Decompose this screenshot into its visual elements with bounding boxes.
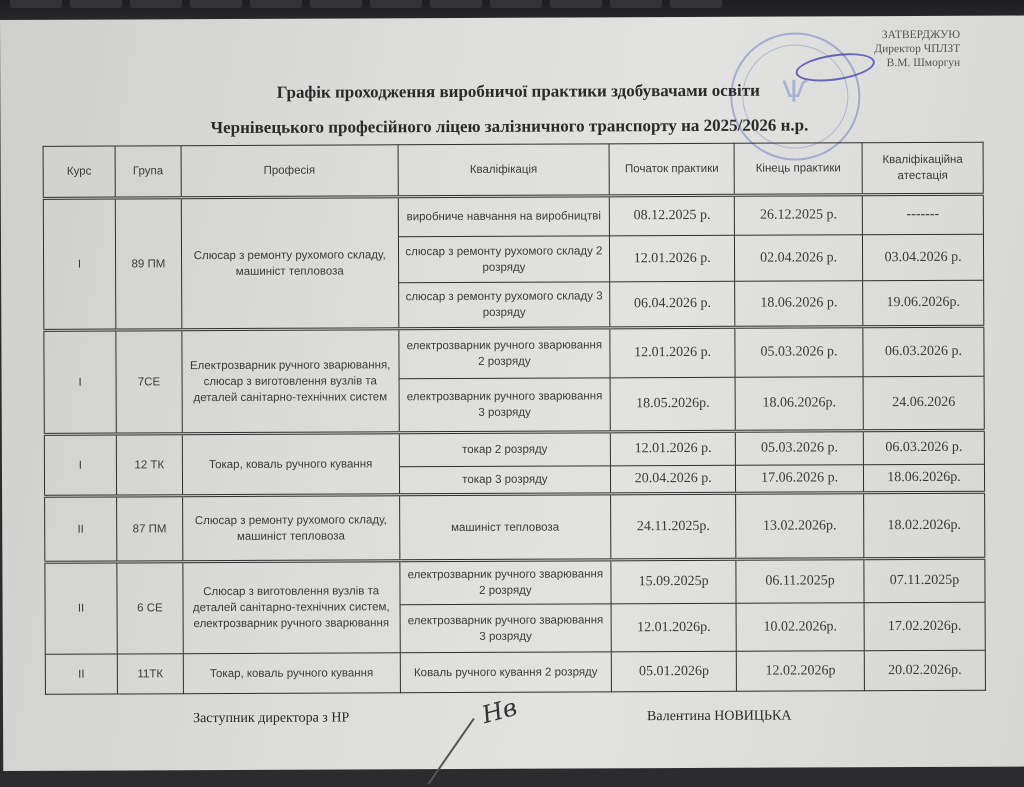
cell-kvalifikatsiia: машиніст тепловоза xyxy=(399,494,611,561)
cell-atestatsiia: 19.06.2026р. xyxy=(863,280,984,327)
cell-kvalifikatsiia: виробниче навчання на виробництві xyxy=(398,196,610,237)
keyboard-key xyxy=(430,0,482,8)
cell-kvalifikatsiia: Коваль ручного кування 2 розряду xyxy=(400,652,612,693)
cell-atestatsiia: 06.03.2026 р. xyxy=(863,326,984,377)
cell-atestatsiia: 07.11.2025р xyxy=(864,558,985,603)
cell-pochatok: 05.01.2026р xyxy=(612,651,737,692)
cell-kinets: 12.02.2026р xyxy=(736,651,864,692)
cell-atestatsiia: 18.06.2026р. xyxy=(863,464,984,493)
approval-block: ЗАТВЕРДЖУЮ Директор ЧПЛЗТ В.М. Шморгун xyxy=(874,28,960,70)
cell-atestatsiia: 20.02.2026р. xyxy=(864,650,985,691)
header-kurs: Курс xyxy=(43,146,115,198)
cell-kvalifikatsiia: електрозварник ручного зварювання 2 розр… xyxy=(398,328,610,379)
cell-kinets: 13.02.2026р. xyxy=(736,493,864,560)
cell-atestatsiia: 17.02.2026р. xyxy=(864,602,985,651)
cell-kinets: 05.03.2026 р. xyxy=(735,327,863,378)
keyboard-key xyxy=(10,0,62,8)
keyboard-key xyxy=(70,0,122,8)
keyboard-key xyxy=(250,0,302,8)
header-profesiia: Професія xyxy=(181,145,398,198)
cell-kinets: 10.02.2026р. xyxy=(736,603,864,652)
cell-kvalifikatsiia: слюсар з ремонту рухомого складу 3 розря… xyxy=(398,282,610,329)
document-title-line1: Графік проходження виробничої практики з… xyxy=(6,80,1024,104)
cell-grupa: 89 ПМ xyxy=(115,198,181,330)
cell-kurs: I xyxy=(44,330,116,434)
cell-profesiia: Слюсар з ремонту рухомого складу, машині… xyxy=(182,495,399,562)
cell-kinets: 02.04.2026 р. xyxy=(735,235,863,282)
table-row: II 87 ПМ Слюсар з ремонту рухомого склад… xyxy=(45,492,985,562)
cell-grupa: 6 СЕ xyxy=(117,562,183,654)
table-row: I 89 ПМ Слюсар з ремонту рухомого складу… xyxy=(43,194,983,238)
cell-kinets: 18.06.2026 р. xyxy=(735,281,863,328)
cell-atestatsiia: 18.02.2026р. xyxy=(864,492,985,559)
signatory-name: Валентина НОВИЦЬКА xyxy=(647,709,792,726)
keyboard-key xyxy=(550,0,602,8)
cell-kinets: 26.12.2025 р. xyxy=(734,195,862,236)
table-row: II 11ТК Токар, коваль ручного кування Ко… xyxy=(45,650,985,694)
cell-kinets: 18.06.2026р. xyxy=(735,377,863,432)
header-atestatsiia: Кваліфікаційна атестація xyxy=(862,142,983,195)
cell-pochatok: 20.04.2026 р. xyxy=(611,465,736,494)
table-row: I 12 ТК Токар, коваль ручного кування то… xyxy=(44,430,984,468)
cell-atestatsiia: 03.04.2026 р. xyxy=(862,234,983,281)
keyboard-key xyxy=(190,0,242,8)
cell-atestatsiia: 24.06.2026 xyxy=(863,376,984,431)
cell-kvalifikatsiia: електрозварник ручного зварювання 3 розр… xyxy=(399,378,611,433)
deputy-signature: Нв xyxy=(479,692,533,760)
cell-pochatok: 06.04.2026 р. xyxy=(610,281,735,328)
cell-pochatok: 12.01.2026 р. xyxy=(611,431,736,466)
cell-pochatok: 12.01.2026 р. xyxy=(610,235,735,282)
cell-profesiia: Слюсар з виготовлення вузлів та деталей … xyxy=(183,561,400,654)
approval-name: В.М. Шморгун xyxy=(874,56,960,70)
cell-atestatsiia: 06.03.2026 р. xyxy=(863,430,984,465)
cell-kurs: I xyxy=(43,198,115,330)
keyboard-key xyxy=(370,0,422,8)
cell-kurs: II xyxy=(45,654,117,694)
cell-kvalifikatsiia: токар 3 розряду xyxy=(399,466,611,495)
cell-kurs: II xyxy=(45,496,117,562)
header-pochatok: Початок практики xyxy=(609,143,734,196)
cell-grupa: 7СЕ xyxy=(116,330,182,434)
cell-grupa: 87 ПМ xyxy=(116,496,182,562)
signature-stroke xyxy=(427,718,474,771)
cell-kvalifikatsiia: токар 2 розряду xyxy=(399,432,611,467)
cell-pochatok: 24.11.2025р. xyxy=(611,493,736,560)
cell-kvalifikatsiia: слюсар з ремонту рухомого складу 2 розря… xyxy=(398,236,610,283)
cell-profesiia: Токар, коваль ручного кування xyxy=(182,433,399,496)
keyboard-key xyxy=(670,0,722,8)
cell-kvalifikatsiia: електрозварник ручного зварювання 3 розр… xyxy=(400,604,612,653)
cell-pochatok: 18.05.2026р. xyxy=(610,377,735,432)
practice-schedule-table: Курс Група Професія Кваліфікація Початок… xyxy=(43,142,986,695)
cell-pochatok: 12.01.2026р. xyxy=(611,603,736,652)
cell-kinets: 17.06.2026 р. xyxy=(736,465,864,494)
document-title-line2: Чернівецького професійного ліцею залізни… xyxy=(0,115,1022,139)
cell-pochatok: 08.12.2025 р. xyxy=(610,195,735,236)
cell-profesiia: Слюсар з ремонту рухомого складу, машині… xyxy=(181,197,398,330)
table-row: I 7СЕ Електрозварник ручного зварювання,… xyxy=(44,326,984,380)
cell-pochatok: 12.01.2026 р. xyxy=(610,327,735,378)
cell-kinets: 05.03.2026 р. xyxy=(735,431,863,466)
keyboard-key xyxy=(130,0,182,8)
cell-kurs: I xyxy=(44,434,116,496)
cell-grupa: 12 ТК xyxy=(116,434,182,496)
cell-profesiia: Електрозварник ручного зварювання, слюса… xyxy=(182,329,399,434)
cell-atestatsiia: ------- xyxy=(862,194,983,235)
table-row: II 6 СЕ Слюсар з виготовлення вузлів та … xyxy=(45,558,985,606)
header-kinets: Кінець практики xyxy=(734,143,862,196)
header-grupa: Група xyxy=(115,146,181,198)
keyboard-key xyxy=(490,0,542,8)
approval-position: Директор ЧПЛЗТ xyxy=(874,42,960,56)
table-body: I 89 ПМ Слюсар з ремонту рухомого складу… xyxy=(43,194,985,694)
document-page: Ѱ ЗАТВЕРДЖУЮ Директор ЧПЛЗТ В.М. Шморгун… xyxy=(0,16,1024,771)
cell-profesiia: Токар, коваль ручного кування xyxy=(183,653,400,694)
header-kvalifikatsiia: Кваліфікація xyxy=(398,144,610,197)
table-header-row: Курс Група Професія Кваліфікація Початок… xyxy=(43,142,983,198)
keyboard-key xyxy=(310,0,362,8)
cell-kinets: 06.11.2025р xyxy=(736,559,864,604)
cell-pochatok: 15.09.2025р xyxy=(611,559,736,604)
cell-kurs: II xyxy=(45,562,117,654)
cell-kvalifikatsiia: електрозварник ручного зварювання 2 розр… xyxy=(399,560,611,605)
keyboard-key xyxy=(610,0,662,8)
signatory-position: Заступник директора з НР xyxy=(193,710,349,727)
approval-heading: ЗАТВЕРДЖУЮ xyxy=(874,28,960,42)
cell-grupa: 11ТК xyxy=(117,654,183,694)
